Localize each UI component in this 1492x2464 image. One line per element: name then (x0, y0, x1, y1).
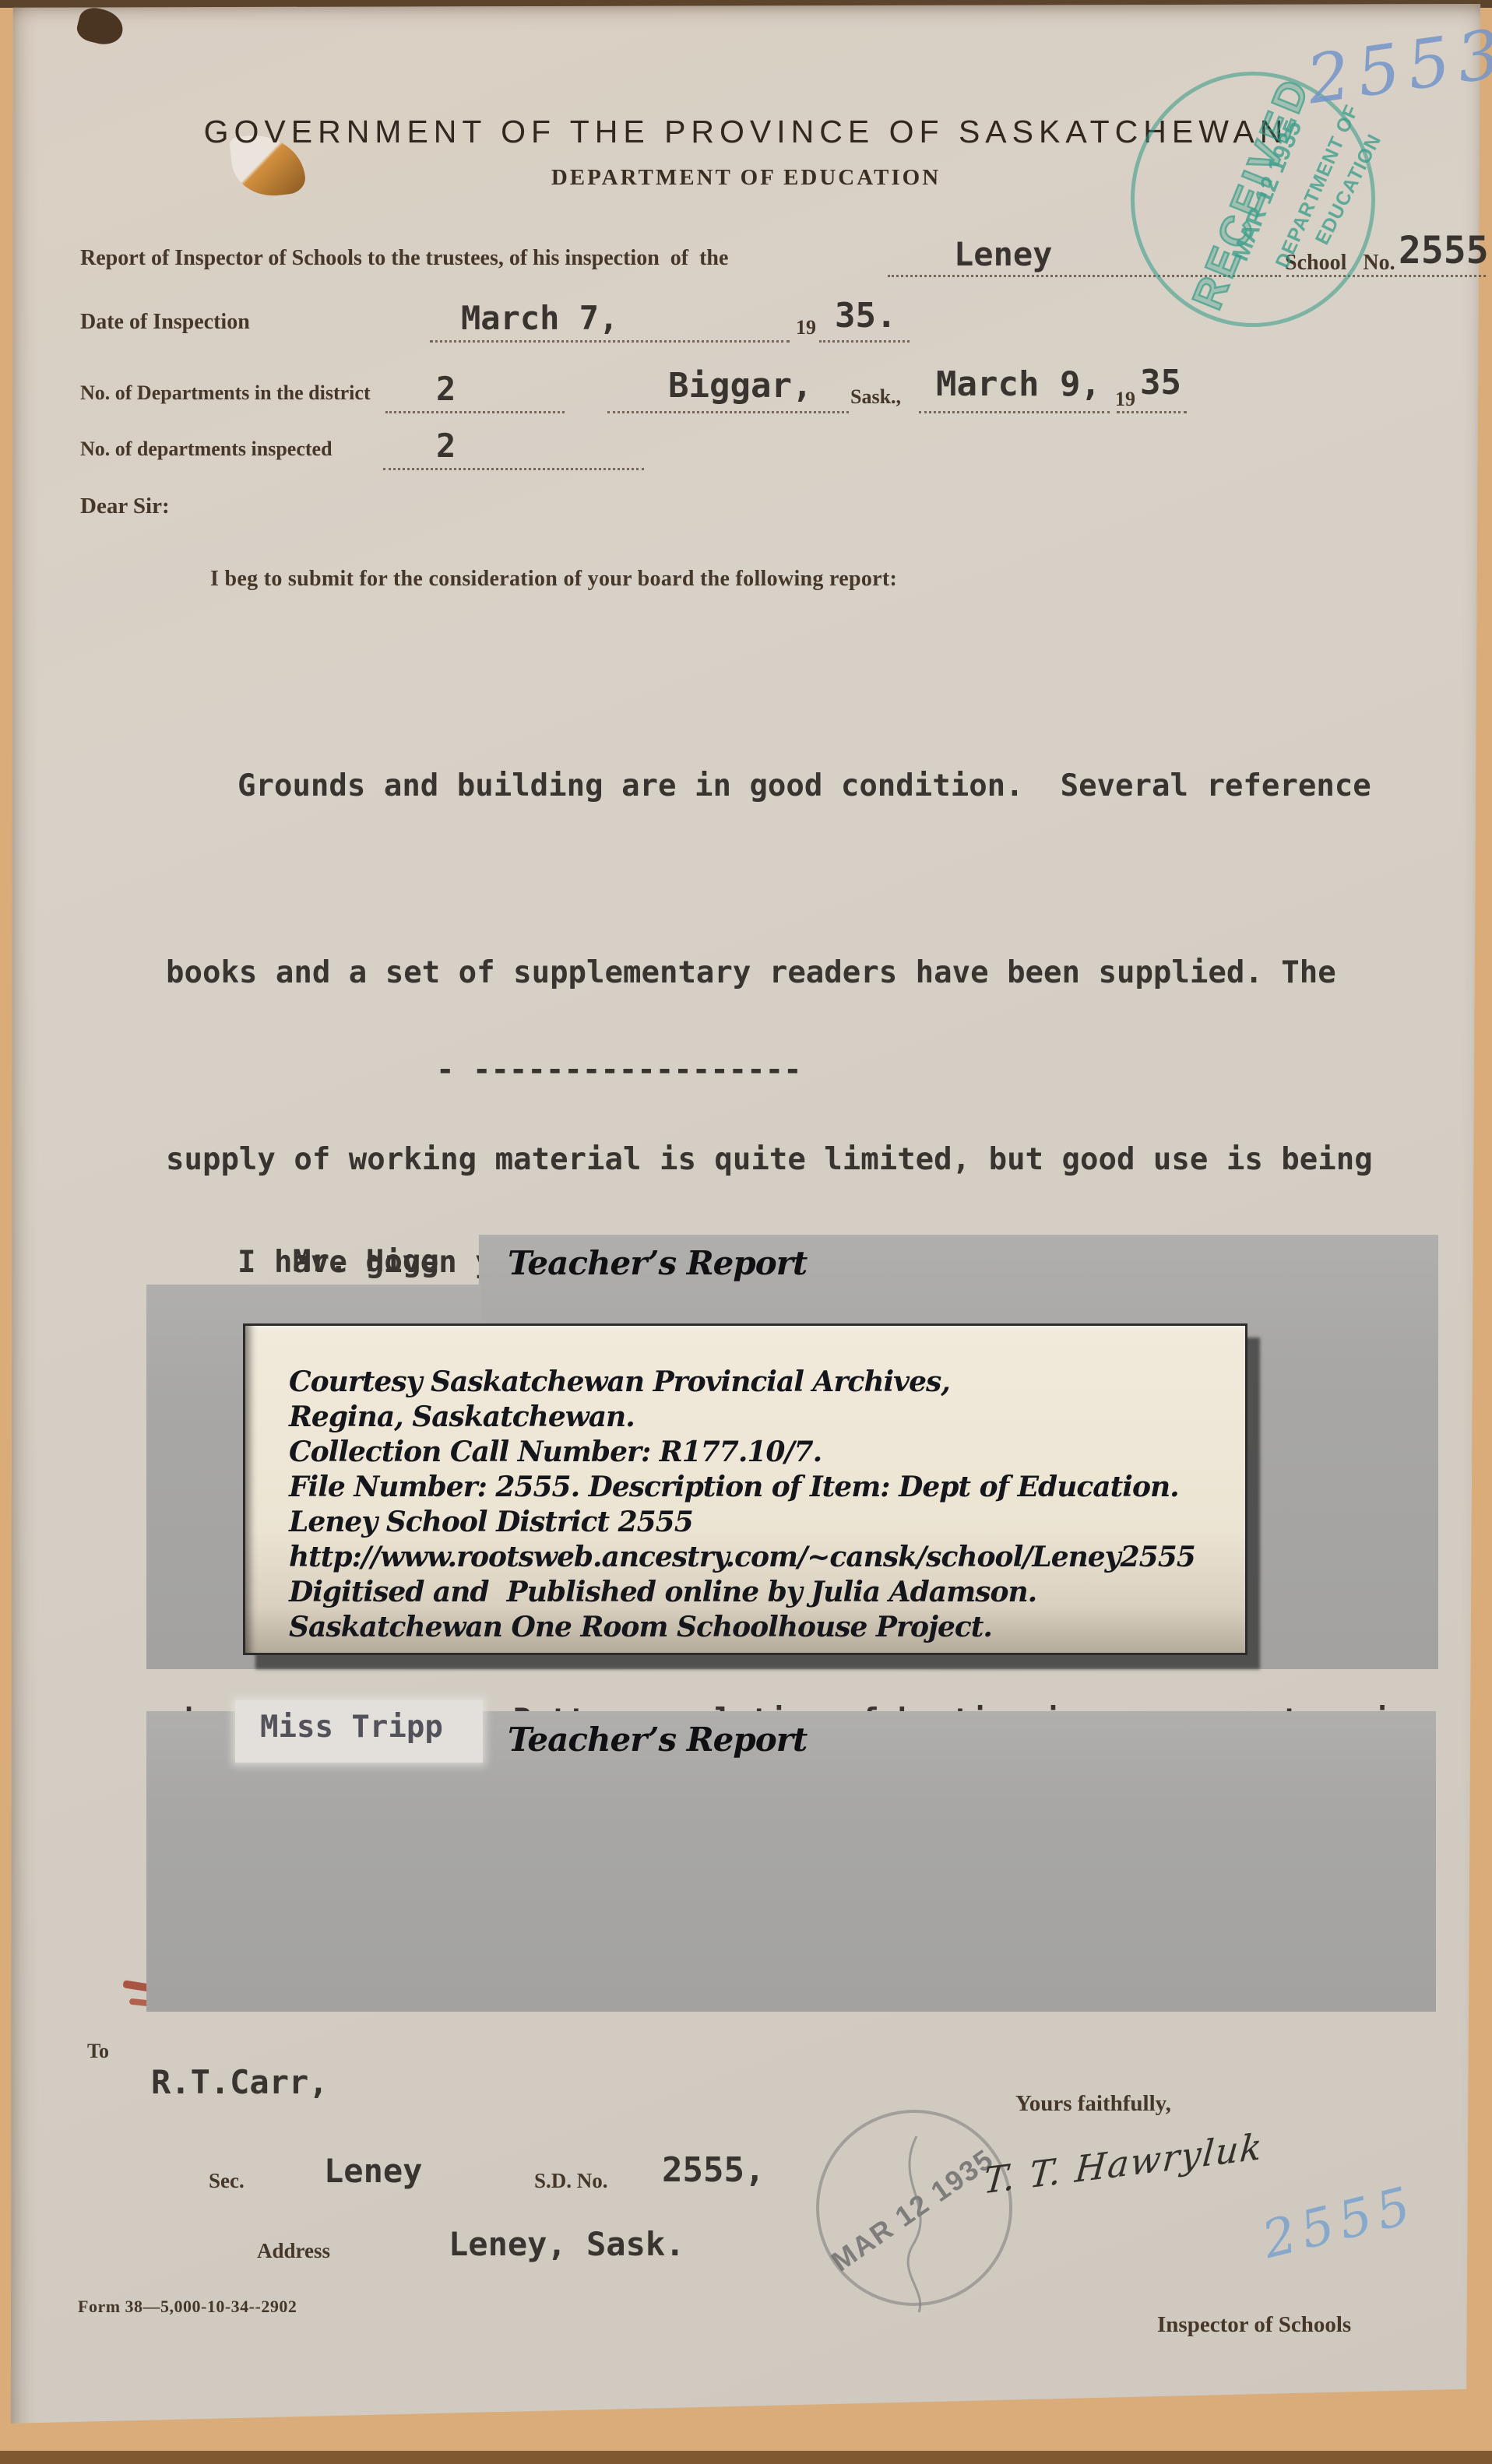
school-no-value: 2555 (1399, 229, 1489, 272)
school-name-value: Leney (954, 235, 1052, 273)
archive-line: Regina, Saskatchewan. (289, 1400, 1230, 1435)
departments-label: No. of Departments in the district (80, 381, 371, 405)
address-value: Leney, Sask. (449, 2225, 684, 2263)
inspector-label: Inspector of Schools (1157, 2312, 1351, 2338)
place-suffix: Sask., (850, 385, 901, 409)
inspected-label: No. of departments inspected (80, 438, 333, 461)
archive-credit-box: Courtesy Saskatchewan Provincial Archive… (243, 1323, 1247, 1655)
inspected-value: 2 (436, 427, 456, 465)
paragraph-line: Grounds and building are in good conditi… (166, 755, 1474, 817)
addressee: R.T.Carr, (151, 2063, 329, 2101)
teacher1-name: Mr. Hogg (293, 1244, 439, 1279)
written-date-value: March 9, (936, 364, 1101, 404)
sd-no-value: 2555, (662, 2150, 765, 2190)
dotted-line (385, 410, 565, 413)
archive-line: File Number: 2555. Description of Item: … (289, 1470, 1230, 1505)
report-line-label: Report of Inspector of Schools to the tr… (80, 246, 728, 271)
photo-bottom-edge (0, 2451, 1492, 2464)
scanned-inspection-report: GOVERNMENT OF THE PROVINCE OF SASKATCHEW… (0, 0, 1492, 2464)
sec-label: Sec. (209, 2169, 245, 2193)
archive-line: Digitised and Published online by Julia … (289, 1575, 1230, 1610)
archive-line: Collection Call Number: R177.10/7. (289, 1435, 1230, 1470)
dotted-line (819, 339, 910, 343)
archive-url: http://www.rootsweb.ancestry.com/~cansk/… (289, 1540, 1230, 1575)
teachers-report-label-1: Teacher’s Report (508, 1244, 807, 1282)
dotted-line (383, 467, 644, 470)
written-year-prefix: 19 (1115, 388, 1135, 411)
valediction: Yours faithfully, (1015, 2091, 1171, 2117)
place-value: Biggar, (668, 366, 812, 406)
dotted-line (607, 410, 849, 413)
pen-squiggle (819, 2113, 1009, 2315)
sd-no-label: S.D. No. (534, 2169, 608, 2193)
archive-line: Saskatchewan One Room Schoolhouse Projec… (289, 1610, 1230, 1645)
year-value: 35. (835, 296, 896, 336)
typed-divider: - ------------------ (436, 1053, 802, 1088)
departments-value: 2 (436, 370, 456, 408)
form-number: Form 38—5,000-10-34--2902 (78, 2297, 297, 2317)
address-label: Address (257, 2239, 330, 2263)
teacher2-name: Miss Tripp (260, 1710, 443, 1745)
date-value: March 7, (461, 299, 618, 337)
archive-line: Courtesy Saskatchewan Provincial Archive… (289, 1365, 1230, 1400)
archive-line: Leney School District 2555 (289, 1505, 1230, 1540)
teachers-report-label-2: Teacher’s Report (508, 1721, 807, 1759)
dotted-line (1117, 410, 1187, 413)
dotted-line (430, 339, 790, 343)
archive-credit-lines: Courtesy Saskatchewan Provincial Archive… (245, 1326, 1245, 1645)
to-label: To (87, 2040, 109, 2063)
intro-line: I beg to submit for the consideration of… (210, 567, 897, 592)
salutation: Dear Sir: (80, 494, 170, 519)
date-label: Date of Inspection (80, 310, 250, 335)
dotted-line (919, 410, 1110, 413)
written-year-value: 35 (1140, 363, 1181, 402)
paragraph-line: books and a set of supplementary readers… (166, 942, 1474, 1004)
sec-value: Leney (324, 2152, 422, 2190)
year-prefix: 19 (796, 316, 816, 339)
received-stamp-gray: MAR 12 1935 (816, 2110, 1012, 2306)
